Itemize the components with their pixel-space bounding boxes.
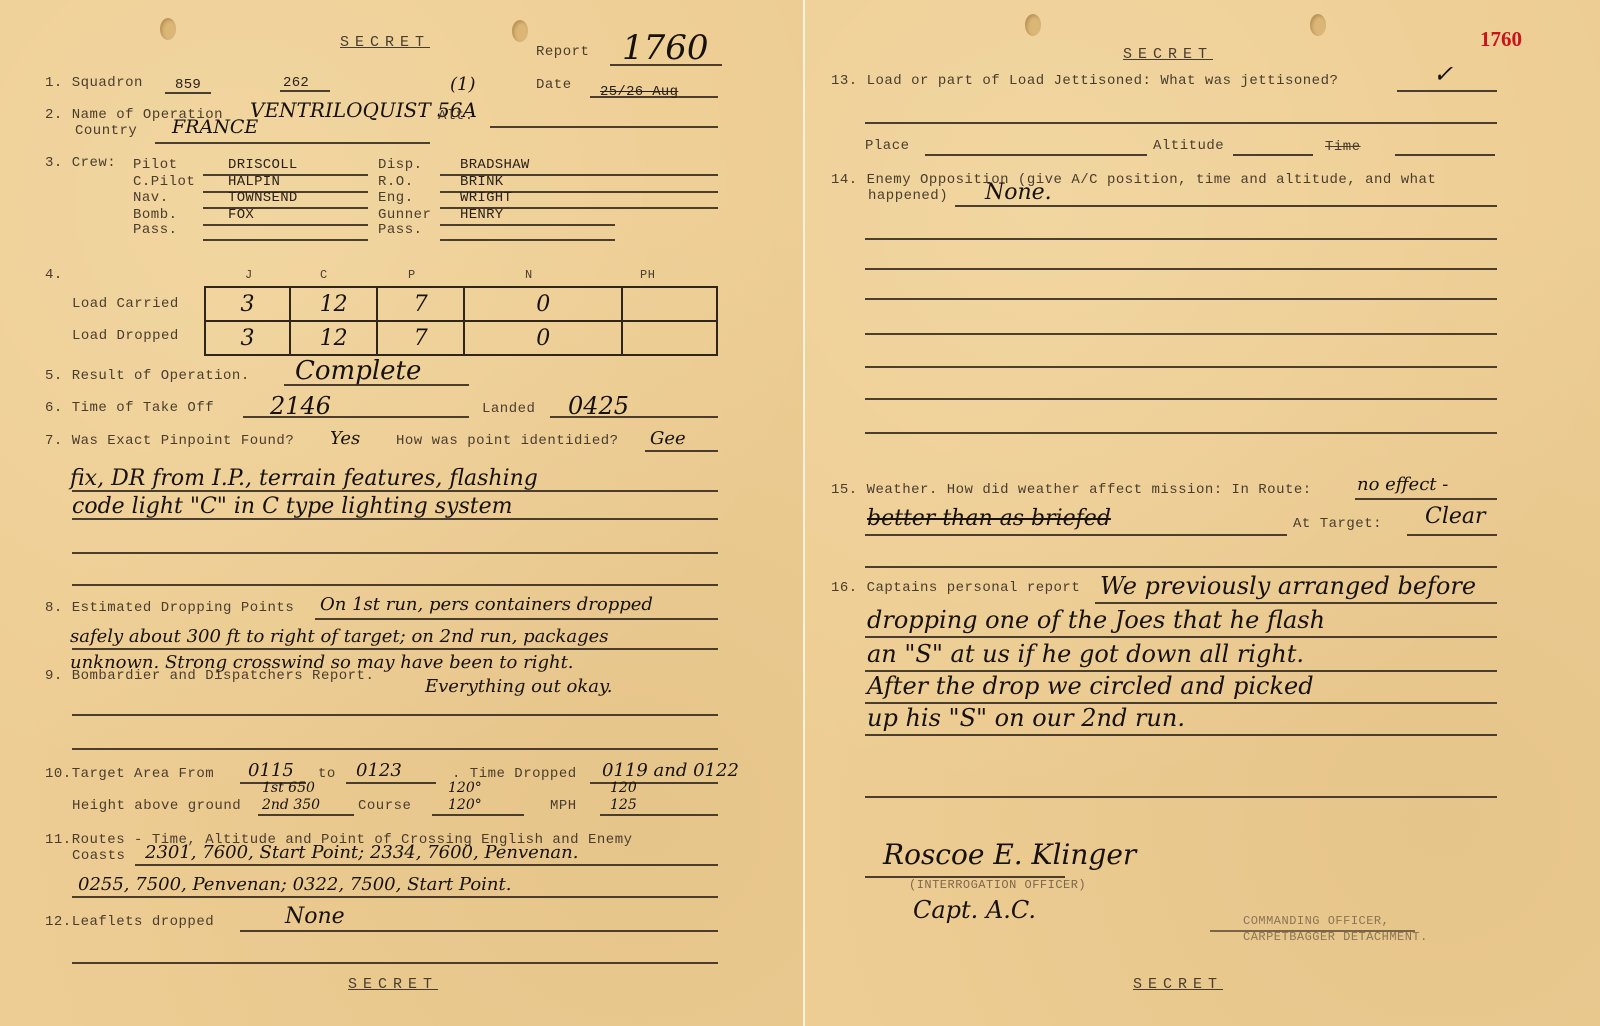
time-label: Time — [1325, 139, 1361, 155]
crew-name: HALPIN — [228, 174, 280, 190]
blank-line — [865, 298, 1497, 300]
crew-name: FOX — [228, 207, 254, 223]
height-label: Height above ground — [72, 798, 241, 814]
mph-value-2: 125 — [610, 797, 637, 813]
leaflets-label: 12.Leaflets dropped — [45, 914, 214, 930]
bombardier-report-label: 9. Bombardier and Dispatchers Report. — [45, 668, 374, 684]
load-column-header: N — [525, 268, 533, 282]
load-column-header: PH — [640, 268, 655, 282]
target-area-label: 10.Target Area From — [45, 766, 214, 782]
crew-role-label: Gunner — [378, 207, 431, 223]
load-dropped-row: 3 12 7 0 — [205, 321, 717, 355]
weather-target-value: Clear — [1425, 504, 1486, 529]
commanding-officer-line-2: CARPETBAGGER DETACHMENT. — [1243, 930, 1428, 944]
punch-hole — [160, 18, 176, 40]
blank-line — [865, 432, 1497, 434]
blank-line — [865, 366, 1497, 368]
captains-report-line: an "S" at us if he got down all right. — [867, 640, 1304, 668]
leaflets-value: None — [285, 904, 345, 929]
target-from-value: 0115 — [248, 760, 294, 781]
blank-line — [865, 398, 1497, 400]
squadron-value-2: 262 — [283, 75, 309, 91]
load-carried-row: 3 12 7 0 — [205, 287, 717, 321]
enemy-opposition-value: None. — [985, 180, 1052, 205]
load-column-header: C — [320, 268, 328, 282]
mph-label: MPH — [550, 798, 577, 814]
punch-hole — [1310, 14, 1326, 36]
load-label: 4. — [45, 267, 63, 283]
dropping-points-line-2: safely about 300 ft to right of target; … — [70, 626, 609, 647]
landed-label: Landed — [482, 401, 535, 417]
pinpoint-how-line-1: Gee — [650, 428, 686, 449]
captains-report-line: dropping one of the Joes that he flash — [867, 606, 1325, 634]
report-page-front: SECRET Report 1760 1. Squadron 859 262 (… — [0, 0, 803, 1026]
report-label: Report — [536, 44, 589, 60]
crew-underline — [440, 224, 615, 226]
course-value-1: 120° — [448, 780, 482, 796]
commanding-officer-line-1: COMMANDING OFFICER, — [1243, 914, 1389, 928]
classification-header: SECRET — [340, 34, 430, 51]
target-to-label: to — [318, 766, 336, 782]
pinpoint-how-label: How was point identidied? — [396, 433, 619, 449]
course-value-2: 120° — [448, 797, 482, 813]
crew-underline — [203, 224, 368, 226]
crew-label: 3. Crew: — [45, 155, 116, 171]
pinpoint-label: 7. Was Exact Pinpoint Found? — [45, 433, 294, 449]
load-carried-label: Load Carried — [72, 296, 179, 312]
crew-role-label: C.Pilot — [133, 174, 195, 190]
load-column-header: P — [408, 268, 416, 282]
crew-role-label: Bomb. — [133, 207, 178, 223]
dropping-points-line-1: On 1st run, pers containers dropped — [320, 594, 653, 615]
result-label: 5. Result of Operation. — [45, 368, 250, 384]
country-label: Country — [75, 123, 137, 139]
captains-report-line: After the drop we circled and picked — [867, 672, 1314, 700]
routes-line-2: 0255, 7500, Penvenan; 0322, 7500, Start … — [78, 874, 511, 895]
margin-mark: (1) — [450, 74, 476, 95]
load-dropped-n: 0 — [536, 326, 550, 351]
routes-line-1: 2301, 7600, Start Point; 2334, 7600, Pen… — [145, 842, 578, 863]
load-table: 3 12 7 0 3 12 7 0 — [204, 286, 718, 356]
interrogation-officer-label: (INTERROGATION OFFICER) — [909, 878, 1086, 892]
load-dropped-label: Load Dropped — [72, 328, 179, 344]
captains-report-line: up his "S" on our 2nd run. — [867, 704, 1185, 732]
weather-route-value-2: better than as briefed — [867, 506, 1111, 531]
blank-line — [865, 238, 1497, 240]
takeoff-label: 6. Time of Take Off — [45, 400, 214, 416]
jettisoned-check-icon: ✓ — [1433, 60, 1453, 88]
crew-name: HENRY — [460, 207, 504, 223]
crew-name: DRISCOLL — [228, 157, 298, 173]
captains-report-underline — [865, 734, 1497, 736]
crew-role-label: Pilot — [133, 157, 178, 173]
crew-name: WRIGHT — [460, 190, 512, 206]
crew-role-label: Eng. — [378, 190, 414, 206]
crew-underline — [440, 239, 615, 241]
load-carried-c: 12 — [320, 292, 348, 317]
load-carried-j: 3 — [241, 292, 255, 317]
load-carried-n: 0 — [536, 292, 550, 317]
place-label: Place — [865, 138, 910, 154]
altitude-label: Altitude — [1153, 138, 1224, 154]
load-carried-p: 7 — [414, 292, 428, 317]
signature: Roscoe E. Klinger — [883, 838, 1136, 871]
squadron-label: 1. Squadron — [45, 75, 143, 91]
captains-report-label: 16. Captains personal report — [831, 580, 1080, 596]
height-value-2: 2nd 350 — [262, 797, 320, 813]
captains-report-underline — [1095, 602, 1497, 604]
enemy-opposition-label: 14. Enemy Opposition (give A/C position,… — [831, 172, 1436, 188]
crew-name: BRADSHAW — [460, 157, 530, 173]
crew-role-label: Nav. — [133, 190, 169, 206]
crew-name: BRINK — [460, 174, 504, 190]
target-to-value: 0123 — [356, 760, 402, 781]
enemy-opposition-label-2: happened) — [868, 188, 948, 204]
time-dropped-value: 0119 and 0122 — [602, 760, 739, 781]
date-label: Date — [536, 77, 572, 93]
classification-footer: SECRET — [1133, 976, 1223, 993]
weather-target-label: At Target: — [1293, 516, 1382, 532]
captains-report-line: We previously arranged before — [1100, 572, 1476, 600]
crew-name: TOWNSEND — [228, 190, 298, 206]
crew-role-label: Disp. — [378, 157, 423, 173]
crew-role-label: Pass. — [378, 222, 423, 238]
squadron-value: 859 — [175, 77, 201, 93]
load-column-header: J — [245, 268, 253, 282]
classification-footer: SECRET — [348, 976, 438, 993]
crew-role-label: R.O. — [378, 174, 414, 190]
result-value: Complete — [295, 356, 421, 386]
pinpoint-how-line-2: fix, DR from I.P., terrain features, fla… — [70, 466, 538, 491]
captains-report-underline — [865, 636, 1497, 638]
jettisoned-label: 13. Load or part of Load Jettisoned: Wha… — [831, 73, 1338, 89]
coasts-label: Coasts — [72, 848, 125, 864]
load-dropped-p: 7 — [414, 326, 428, 351]
alt-label: Alt. — [438, 108, 474, 124]
classification-header: SECRET — [1123, 46, 1213, 63]
punch-hole — [1025, 14, 1041, 36]
load-dropped-c: 12 — [320, 326, 348, 351]
dropping-points-label: 8. Estimated Dropping Points — [45, 600, 294, 616]
course-label: Course — [358, 798, 411, 814]
officer-rank: Capt. A.C. — [913, 896, 1036, 924]
report-number: 1760 — [622, 28, 709, 68]
weather-label: 15. Weather. How did weather affect miss… — [831, 482, 1312, 498]
pinpoint-found-value: Yes — [330, 428, 360, 449]
punch-hole — [512, 20, 528, 42]
pinpoint-how-line-3: code light "C" in C type lighting system — [72, 494, 512, 519]
weather-route-value: no effect - — [1357, 474, 1448, 495]
load-dropped-j: 3 — [241, 326, 255, 351]
crew-underline — [203, 239, 368, 241]
blank-line — [865, 333, 1497, 335]
height-value-1: 1st 650 — [262, 780, 315, 796]
country-value: FRANCE — [172, 116, 258, 138]
stamp-number: 1760 — [1480, 27, 1522, 52]
crew-role-label: Pass. — [133, 222, 178, 238]
mph-value-1: 120 — [610, 780, 637, 796]
blank-line — [865, 268, 1497, 270]
report-page-back: 1760 SECRET 13. Load or part of Load Jet… — [805, 0, 1600, 1026]
bombardier-report-value: Everything out okay. — [425, 676, 613, 697]
